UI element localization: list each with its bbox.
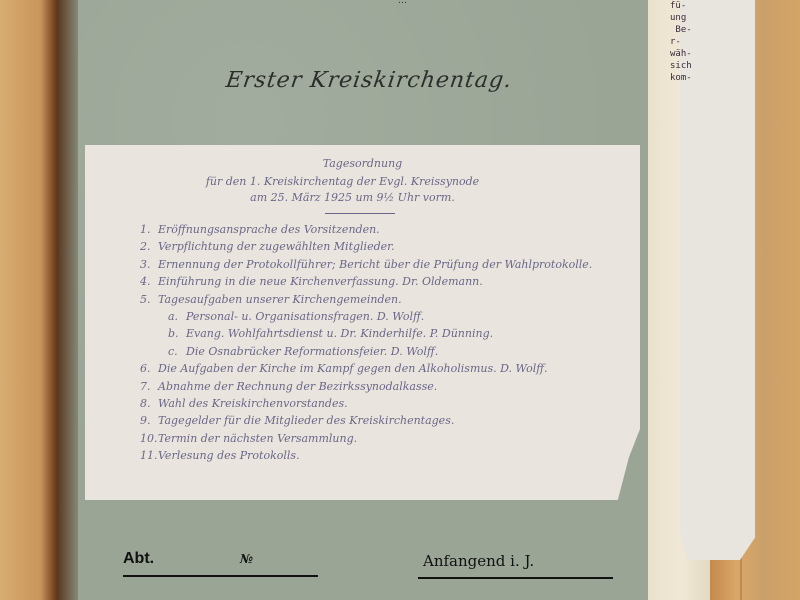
agenda-item: 1.Eröffnungsansprache des Vorsitzenden.	[140, 221, 630, 238]
agenda-item-number: 7.	[140, 378, 158, 395]
agenda-item-number: 9.	[140, 412, 158, 429]
beginning-year-line	[418, 577, 613, 579]
agenda-item-number: a.	[168, 308, 186, 325]
agenda-item-number: 1.	[140, 221, 158, 238]
agenda-item: a.Personal- u. Organisationsfragen. D. W…	[140, 308, 630, 325]
agenda-item-text: Eröffnungsansprache des Vorsitzenden.	[158, 221, 380, 238]
agenda-title: Tagesordnung	[85, 157, 640, 170]
agenda-item-number: 11.	[140, 447, 158, 464]
agenda-item-number: 3.	[140, 256, 158, 273]
agenda-item-text: Wahl des Kreiskirchenvorstandes.	[158, 395, 348, 412]
agenda-subtitle: für den 1. Kreiskirchentag der Evgl. Kre…	[65, 175, 620, 188]
agenda-item: b.Evang. Wohlfahrtsdienst u. Dr. Kinderh…	[140, 325, 630, 342]
agenda-item-number: 8.	[140, 395, 158, 412]
agenda-item: 6.Die Aufgaben der Kirche im Kampf gegen…	[140, 360, 630, 377]
agenda-item-text: Evang. Wohlfahrtsdienst u. Dr. Kinderhil…	[186, 325, 493, 342]
folder-top-text: …	[398, 0, 408, 6]
agenda-items: 1.Eröffnungsansprache des Vorsitzenden.2…	[140, 221, 630, 465]
agenda-item-text: Verlesung des Protokolls.	[158, 447, 300, 464]
abt-field-line	[123, 575, 318, 577]
agenda-sheet: Tagesordnung für den 1. Kreiskirchentag …	[85, 145, 640, 500]
agenda-item: 9.Tagegelder für die Mitglieder des Krei…	[140, 412, 630, 429]
agenda-item-number: b.	[168, 325, 186, 342]
agenda-item-number: 2.	[140, 238, 158, 255]
agenda-item-text: Tagesaufgaben unserer Kirchengemeinden.	[158, 291, 402, 308]
agenda-item-number: 4.	[140, 273, 158, 290]
folder-edge-shadow	[58, 0, 80, 600]
agenda-item: 11.Verlesung des Protokolls.	[140, 447, 630, 464]
agenda-item: 4.Einführung in die neue Kirchenverfassu…	[140, 273, 630, 290]
agenda-item-number: c.	[168, 343, 186, 360]
agenda-item: 2.Verpflichtung der zugewählten Mitglied…	[140, 238, 630, 255]
folder-fields: Abt. № Anfangend i. J.	[123, 550, 623, 580]
agenda-item-number: 5.	[140, 291, 158, 308]
typed-text-fragment: fü- ung Be- r- wäh- sich kom-	[670, 0, 692, 84]
agenda-item: c.Die Osnabrücker Reformationsfeier. D. …	[140, 343, 630, 360]
agenda-item-number: 10.	[140, 430, 158, 447]
agenda-item: 7.Abnahme der Rechnung der Bezirkssynoda…	[140, 378, 630, 395]
wooden-surface-left	[0, 0, 58, 600]
title-underline	[325, 213, 395, 214]
agenda-date: am 25. März 1925 um 9½ Uhr vorm.	[75, 191, 630, 204]
beginning-year-label: Anfangend i. J.	[423, 552, 534, 570]
agenda-item-text: Ernennung der Protokollführer; Bericht ü…	[158, 256, 592, 273]
side-tissue-sheet	[680, 0, 755, 560]
agenda-item-text: Tagegelder für die Mitglieder des Kreisk…	[158, 412, 454, 429]
agenda-item-text: Termin der nächsten Versammlung.	[158, 430, 357, 447]
agenda-item: 3.Ernennung der Protokollführer; Bericht…	[140, 256, 630, 273]
agenda-item: 10.Termin der nächsten Versammlung.	[140, 430, 630, 447]
agenda-item-number: 6.	[140, 360, 158, 377]
agenda-item-text: Personal- u. Organisationsfragen. D. Wol…	[186, 308, 424, 325]
agenda-item: 8.Wahl des Kreiskirchenvorstandes.	[140, 395, 630, 412]
folder-title: Erster Kreiskirchentag.	[224, 68, 514, 93]
agenda-item-text: Einführung in die neue Kirchenverfassung…	[158, 273, 483, 290]
agenda-item: 5.Tagesaufgaben unserer Kirchengemeinden…	[140, 291, 630, 308]
agenda-item-text: Abnahme der Rechnung der Bezirkssynodalk…	[158, 378, 437, 395]
abt-label: Abt.	[123, 550, 154, 568]
agenda-item-text: Die Aufgaben der Kirche im Kampf gegen d…	[158, 360, 548, 377]
number-label: №	[240, 552, 253, 566]
agenda-item-text: Verpflichtung der zugewählten Mitglieder…	[158, 238, 395, 255]
agenda-item-text: Die Osnabrücker Reformationsfeier. D. Wo…	[186, 343, 438, 360]
